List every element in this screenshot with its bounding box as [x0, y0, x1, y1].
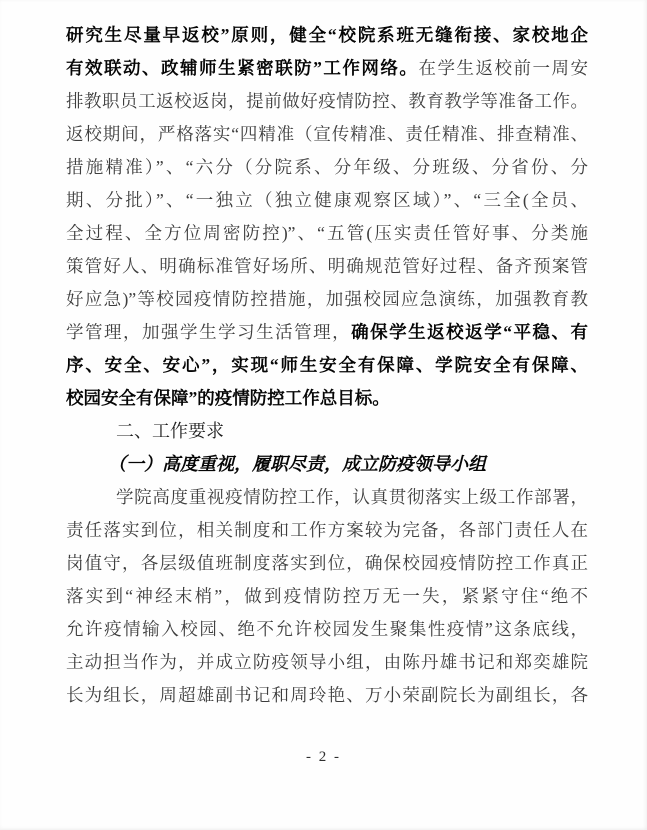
text-line: 措施精准）”、“六分（分院系、分年级、分班级、分省份、分 — [66, 151, 588, 184]
text-line: 策管好人、明确标准管好场所、明确规范管好过程、备齐预案管 — [66, 250, 588, 283]
text-line: 落实到“神经末梢”，做到疫情防控万无一失，紧紧守住“绝不 — [66, 580, 588, 613]
text-segment: 确保学生返校返学“平稳、有 — [351, 322, 588, 342]
text-segment: 期、分批）”、“一独立（独立健康观察区域）”、“三全(全员、 — [66, 190, 588, 210]
page-number: - 2 - — [0, 745, 647, 769]
text-segment: 责任落实到位，相关制度和工作方案较为完备，各部门责任人在 — [66, 520, 588, 540]
text-segment: 在学生返校前一周安 — [418, 58, 588, 78]
text-segment: 好应急)”等校园疫情防控措施，加强校园应急演练，加强教育教 — [66, 289, 588, 309]
text-segment: 岗值守，各层级值班制度落实到位，确保校园疫情防控工作真正 — [66, 553, 588, 573]
text-line: 好应急)”等校园疫情防控措施，加强校园应急演练，加强教育教 — [66, 283, 588, 316]
text-segment: 排教职员工返校返岗，提前做好疫情防控、教育教学等准备工作。 — [66, 91, 588, 111]
text-segment: 学院高度重视疫情防控工作，认真贯彻落实上级工作部署， — [116, 487, 588, 507]
text-line: 主动担当作为，并成立防疫领导小组，由陈丹雄书记和郑奕雄院 — [66, 646, 588, 679]
text-segment: 校园安全有保障”的疫情防控工作总目标。 — [66, 388, 390, 408]
text-segment: 落实到“神经末梢”，做到疫情防控万无一失，紧紧守住“绝不 — [66, 586, 588, 606]
text-segment: 主动担当作为，并成立防疫领导小组，由陈丹雄书记和郑奕雄院 — [66, 652, 588, 672]
text-line: 责任落实到位，相关制度和工作方案较为完备，各部门责任人在 — [66, 514, 588, 547]
text-segment: 策管好人、明确标准管好场所、明确规范管好过程、备齐预案管 — [66, 256, 588, 276]
text-segment: 研究生尽量早返校”原则，健全“校院系班无缝衔接、家校地企 — [66, 25, 588, 45]
text-segment: 允许疫情输入校园、绝不允许校园发生聚集性疫情”这条底线， — [66, 619, 588, 639]
text-line: 学管理，加强学生学习生活管理，确保学生返校返学“平稳、有 — [66, 316, 588, 349]
text-line: 返校期间，严格落实“四精准（宣传精准、责任精准、排查精准、 — [66, 118, 588, 151]
text-line: 学院高度重视疫情防控工作，认真贯彻落实上级工作部署， — [66, 481, 588, 514]
text-line: 序、安全、安心”，实现“师生安全有保障、学院安全有保障、 — [66, 349, 588, 382]
text-segment: （一）高度重视，履职尽责，成立防疫领导小组 — [108, 454, 486, 474]
text-line: 全过程、全方位周密防控)”、“五管(压实责任管好事、分类施 — [66, 217, 588, 250]
text-line: 长为组长，周超雄副书记和周玲艳、万小荣副院长为副组长，各 — [66, 679, 588, 712]
text-line: 校园安全有保障”的疫情防控工作总目标。 — [66, 382, 588, 415]
text-segment: 全过程、全方位周密防控)”、“五管(压实责任管好事、分类施 — [66, 223, 588, 243]
section-heading: 二、工作要求 — [66, 415, 588, 448]
text-segment: 长为组长，周超雄副书记和周玲艳、万小荣副院长为副组长，各 — [66, 685, 588, 705]
text-line: 允许疫情输入校园、绝不允许校园发生聚集性疫情”这条底线， — [66, 613, 588, 646]
document-page: 研究生尽量早返校”原则，健全“校院系班无缝衔接、家校地企有效联动、政辅师生紧密联… — [0, 0, 647, 830]
text-line: 有效联动、政辅师生紧密联防”工作网络。在学生返校前一周安 — [66, 52, 588, 85]
text-segment: 返校期间，严格落实“四精准（宣传精准、责任精准、排查精准、 — [66, 124, 588, 144]
subsection-heading: （一）高度重视，履职尽责，成立防疫领导小组 — [66, 448, 588, 481]
text-segment: 措施精准）”、“六分（分院系、分年级、分班级、分省份、分 — [66, 157, 588, 177]
text-line: 排教职员工返校返岗，提前做好疫情防控、教育教学等准备工作。 — [66, 85, 588, 118]
text-segment: 学管理，加强学生学习生活管理， — [66, 322, 351, 342]
text-segment: 序、安全、安心”，实现“师生安全有保障、学院安全有保障、 — [66, 355, 588, 375]
text-segment: 有效联动、政辅师生紧密联防”工作网络。 — [66, 58, 418, 78]
text-line: 期、分批）”、“一独立（独立健康观察区域）”、“三全(全员、 — [66, 184, 588, 217]
text-line: 岗值守，各层级值班制度落实到位，确保校园疫情防控工作真正 — [66, 547, 588, 580]
text-line: 研究生尽量早返校”原则，健全“校院系班无缝衔接、家校地企 — [66, 19, 588, 52]
document-body: 研究生尽量早返校”原则，健全“校院系班无缝衔接、家校地企有效联动、政辅师生紧密联… — [66, 19, 588, 712]
text-segment: 二、工作要求 — [116, 421, 224, 441]
